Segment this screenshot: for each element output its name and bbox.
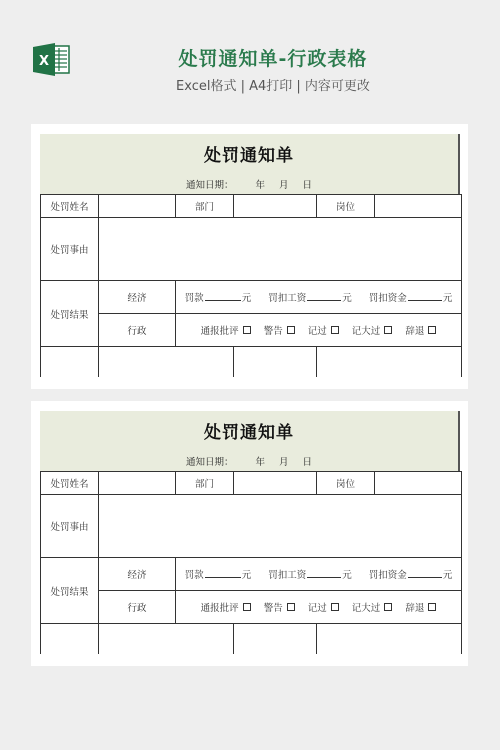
- admin-label: 行政: [99, 314, 176, 347]
- economic-label: 经济: [99, 281, 176, 314]
- economic-options: 罚款元 罚扣工资元 罚扣资金元: [176, 558, 462, 591]
- table-row: [41, 624, 462, 655]
- empty-cell[interactable]: [99, 624, 234, 655]
- form-header-band: 处罚通知单 通知日期：年月日: [40, 134, 460, 194]
- post-label: 岗位: [317, 195, 375, 218]
- date-day: 日: [303, 177, 313, 191]
- economic-label: 经济: [99, 558, 176, 591]
- admin-options: 通报批评 警告 记过 记大过 辞退: [176, 314, 462, 347]
- post-label: 岗位: [317, 472, 375, 495]
- table-row: 处罚姓名 部门 岗位: [41, 472, 462, 495]
- empty-cell[interactable]: [99, 347, 234, 378]
- wage-deduction-field[interactable]: [307, 291, 341, 301]
- page-title: 处罚通知单-行政表格: [0, 44, 500, 71]
- table-row: 处罚结果 经济 罚款元 罚扣工资元 罚扣资金元: [41, 281, 462, 314]
- reason-field[interactable]: [99, 218, 462, 281]
- empty-cell[interactable]: [41, 624, 99, 655]
- checkbox-icon[interactable]: [243, 326, 251, 334]
- penalty-form: 处罚通知单 通知日期：年月日 处罚姓名 部门 岗位 处罚事由 处罚结果 经济: [40, 134, 460, 377]
- notice-date: 通知日期：年月日: [40, 454, 458, 468]
- reason-label: 处罚事由: [41, 495, 99, 558]
- page-subtitle: Excel格式 | A4打印 | 内容可更改: [0, 75, 500, 94]
- table-row: 处罚事由: [41, 218, 462, 281]
- checkbox-icon[interactable]: [428, 326, 436, 334]
- fine-amount-field[interactable]: [205, 568, 241, 578]
- date-month: 月: [279, 454, 289, 468]
- date-year: 年: [255, 177, 265, 191]
- fund-deduction-field[interactable]: [408, 291, 442, 301]
- checkbox-icon[interactable]: [428, 603, 436, 611]
- name-label: 处罚姓名: [41, 195, 99, 218]
- empty-cell[interactable]: [41, 347, 99, 378]
- empty-cell[interactable]: [317, 347, 462, 378]
- checkbox-icon[interactable]: [384, 603, 392, 611]
- form-table: 处罚姓名 部门 岗位 处罚事由 处罚结果 经济 罚款元 罚扣工资元 罚扣资金元: [40, 194, 462, 377]
- dept-field[interactable]: [234, 472, 317, 495]
- date-label: 通知日期：: [186, 177, 234, 191]
- fine-amount-field[interactable]: [205, 291, 241, 301]
- name-label: 处罚姓名: [41, 472, 99, 495]
- economic-options: 罚款元 罚扣工资元 罚扣资金元: [176, 281, 462, 314]
- form-card-1: 处罚通知单 通知日期：年月日 处罚姓名 部门 岗位 处罚事由 处罚结果 经济: [31, 124, 468, 389]
- table-row: 处罚结果 经济 罚款元 罚扣工资元 罚扣资金元: [41, 558, 462, 591]
- date-label: 通知日期：: [186, 454, 234, 468]
- form-title: 处罚通知单: [40, 418, 458, 443]
- checkbox-icon[interactable]: [287, 326, 295, 334]
- empty-cell[interactable]: [234, 624, 317, 655]
- post-field[interactable]: [375, 472, 462, 495]
- reason-label: 处罚事由: [41, 218, 99, 281]
- name-field[interactable]: [99, 195, 176, 218]
- post-field[interactable]: [375, 195, 462, 218]
- date-month: 月: [279, 177, 289, 191]
- checkbox-icon[interactable]: [243, 603, 251, 611]
- form-header-band: 处罚通知单 通知日期：年月日: [40, 411, 460, 471]
- dept-label: 部门: [176, 195, 234, 218]
- admin-options: 通报批评 警告 记过 记大过 辞退: [176, 591, 462, 624]
- result-label: 处罚结果: [41, 281, 99, 347]
- empty-cell[interactable]: [317, 624, 462, 655]
- table-row: 行政 通报批评 警告 记过 记大过 辞退: [41, 314, 462, 347]
- checkbox-icon[interactable]: [287, 603, 295, 611]
- empty-cell[interactable]: [234, 347, 317, 378]
- penalty-form: 处罚通知单 通知日期：年月日 处罚姓名 部门 岗位 处罚事由 处罚结果 经济: [40, 411, 460, 654]
- date-year: 年: [255, 454, 265, 468]
- dept-label: 部门: [176, 472, 234, 495]
- name-field[interactable]: [99, 472, 176, 495]
- reason-field[interactable]: [99, 495, 462, 558]
- admin-label: 行政: [99, 591, 176, 624]
- table-row: 处罚姓名 部门 岗位: [41, 195, 462, 218]
- notice-date: 通知日期：年月日: [40, 177, 458, 191]
- form-table: 处罚姓名 部门 岗位 处罚事由 处罚结果 经济 罚款元 罚扣工资元 罚扣资金元: [40, 471, 462, 654]
- checkbox-icon[interactable]: [384, 326, 392, 334]
- date-day: 日: [303, 454, 313, 468]
- form-title: 处罚通知单: [40, 141, 458, 166]
- result-label: 处罚结果: [41, 558, 99, 624]
- fund-deduction-field[interactable]: [408, 568, 442, 578]
- wage-deduction-field[interactable]: [307, 568, 341, 578]
- form-card-2: 处罚通知单 通知日期：年月日 处罚姓名 部门 岗位 处罚事由 处罚结果 经济: [31, 401, 468, 666]
- checkbox-icon[interactable]: [331, 326, 339, 334]
- checkbox-icon[interactable]: [331, 603, 339, 611]
- table-row: 处罚事由: [41, 495, 462, 558]
- table-row: [41, 347, 462, 378]
- dept-field[interactable]: [234, 195, 317, 218]
- table-row: 行政 通报批评 警告 记过 记大过 辞退: [41, 591, 462, 624]
